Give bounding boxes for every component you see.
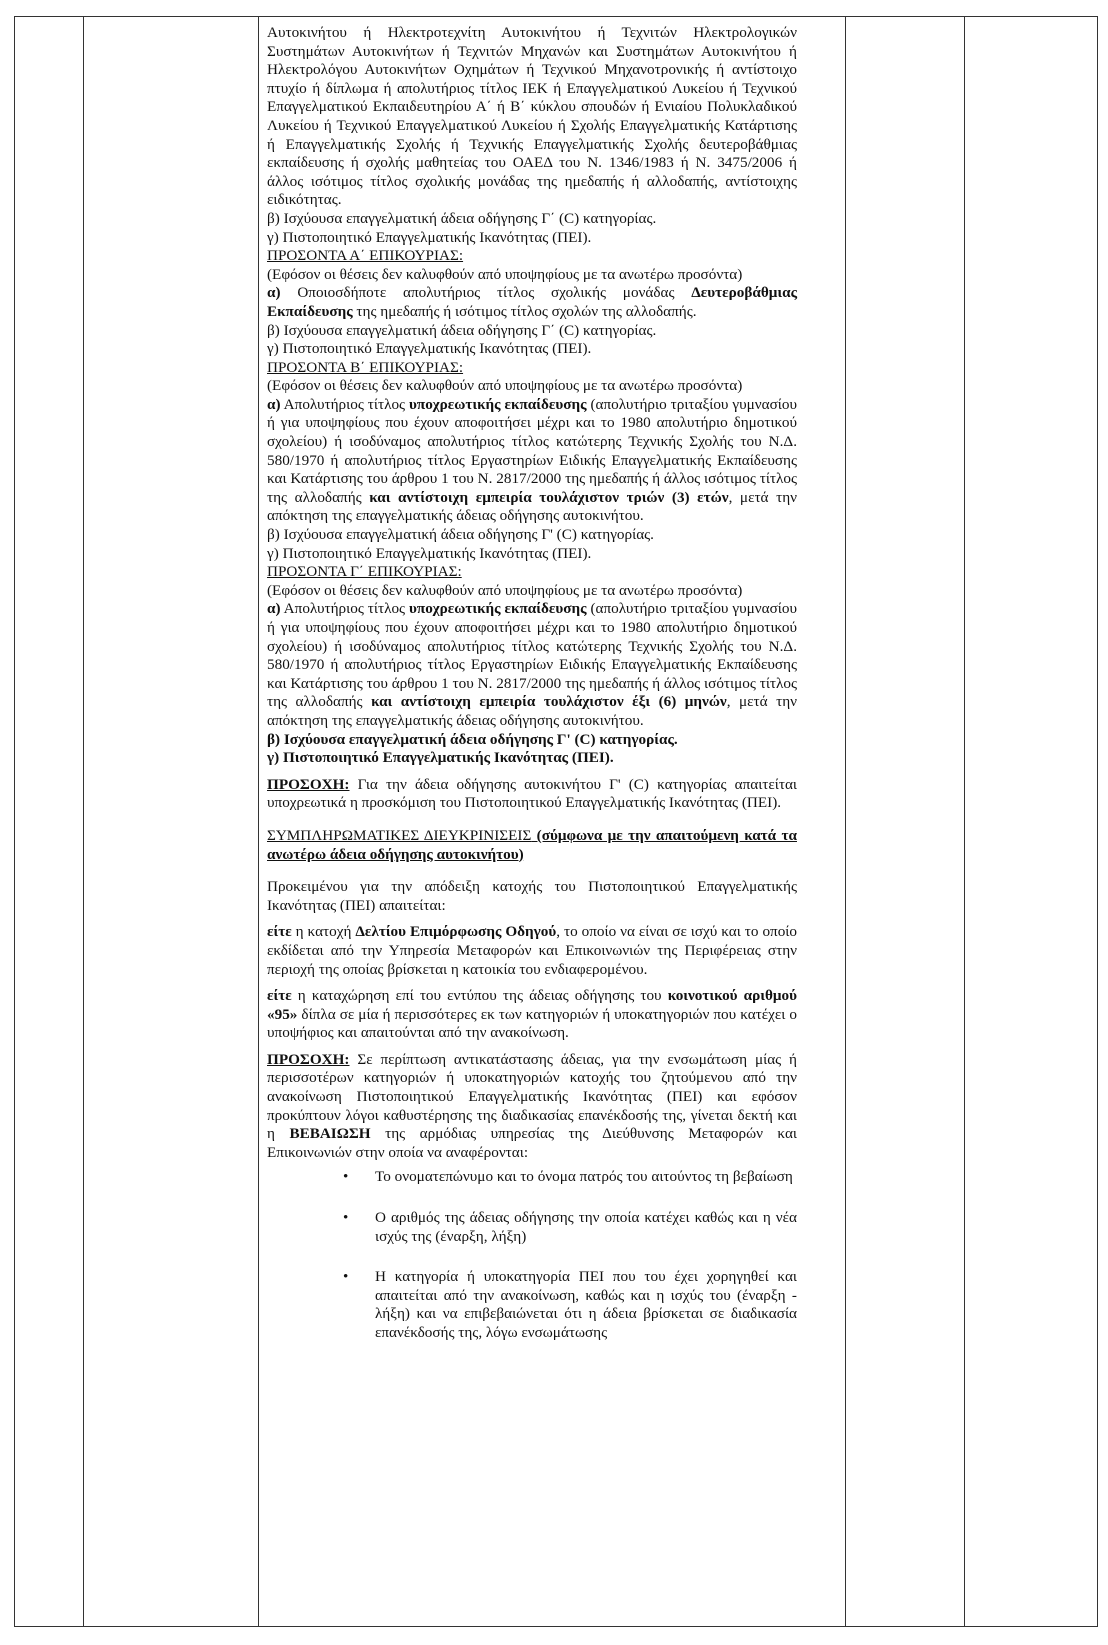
section-b-item-a: α) Απολυτήριος τίτλος υποχρεωτικής εκπαί… (267, 396, 797, 526)
section-a-heading: ΠΡΟΣΟΝΤΑ Α΄ ΕΠΙΚΟΥΡΙΑΣ: (267, 247, 797, 266)
item-text: της ημεδαπής ή ισότιμος τίτλος σχολών τη… (353, 303, 697, 320)
bullet-icon: • (343, 1168, 348, 1187)
item-prefix: α) (267, 396, 281, 413)
section-a-item-a: α) Οποιοσδήποτε απολυτήριος τίτλος σχολι… (267, 284, 797, 321)
item-prefix: α) (267, 600, 281, 617)
option-2: είτε η καταχώρηση επί του εντύπου της άδ… (267, 987, 797, 1043)
cell-empty-2 (84, 17, 259, 1627)
option-text: δίπλα σε μία ή περισσότερες εκ των κατηγ… (267, 1006, 797, 1042)
main-item-b: β) Ισχύουσα επαγγελματική άδεια οδήγησης… (267, 210, 797, 229)
item-bold: και αντίστοιχη εμπειρία τουλάχιστον έξι … (371, 693, 727, 710)
attention-label: ΠΡΟΣΟΧΗ: (267, 776, 350, 793)
table-row: Αυτοκινήτου ή Ηλεκτροτεχνίτη Αυτοκινήτου… (15, 17, 1098, 1627)
heading-text: ΣΥΜΠΛΗΡΩΜΑΤΙΚΕΣ ΔΙΕΥΚΡΙΝΙΣΕΙΣ (267, 827, 531, 844)
section-c-heading: ΠΡΟΣΟΝΤΑ Γ΄ ΕΠΙΚΟΥΡΙΑΣ: (267, 563, 797, 582)
attention-note-2: ΠΡΟΣΟΧΗ: Σε περίπτωση αντικατάστασης άδε… (267, 1051, 797, 1163)
item-text: Απολυτήριος τίτλος (281, 600, 410, 617)
cell-qualifications: Αυτοκινήτου ή Ηλεκτροτεχνίτη Αυτοκινήτου… (259, 17, 846, 1627)
item-prefix: α) (267, 284, 281, 301)
main-item-c: γ) Πιστοποιητικό Επαγγελματικής Ικανότητ… (267, 229, 797, 248)
pei-intro: Προκειμένου για την απόδειξη κατοχής του… (267, 878, 797, 915)
list-item-text: Η κατηγορία ή υποκατηγορία ΠΕΙ που του έ… (375, 1268, 797, 1341)
option-bold: Δελτίου Επιμόρφωσης Οδηγού (355, 923, 556, 940)
qualifications-text: Αυτοκινήτου ή Ηλεκτροτεχνίτη Αυτοκινήτου… (259, 17, 845, 1626)
attention-label: ΠΡΟΣΟΧΗ: (267, 1051, 350, 1068)
attention-note-1: ΠΡΟΣΟΧΗ: Για την άδεια οδήγησης αυτοκινή… (267, 776, 797, 813)
supplementary-heading: ΣΥΜΠΛΗΡΩΜΑΤΙΚΕΣ ΔΙΕΥΚΡΙΝΙΣΕΙΣ (σύμφωνα μ… (267, 827, 797, 864)
requirements-table: Αυτοκινήτου ή Ηλεκτροτεχνίτη Αυτοκινήτου… (14, 16, 1098, 1627)
intro-paragraph: Αυτοκινήτου ή Ηλεκτροτεχνίτη Αυτοκινήτου… (267, 24, 797, 210)
list-item: •Ο αριθμός της άδειας οδήγησης την οποία… (267, 1209, 797, 1246)
option-text: η καταχώρηση επί του εντύπου της άδειας … (292, 987, 668, 1004)
cell-empty-1 (15, 17, 84, 1627)
item-text: Απολυτήριος τίτλος (281, 396, 410, 413)
cell-empty-5 (965, 17, 1098, 1627)
bullet-icon: • (343, 1209, 348, 1228)
item-bold: και αντίστοιχη εμπειρία τουλάχιστον τριώ… (369, 489, 728, 506)
option-1: είτε η κατοχή Δελτίου Επιμόρφωσης Οδηγού… (267, 923, 797, 979)
list-item: •Το ονοματεπώνυμο και το όνομα πατρός το… (267, 1168, 797, 1187)
list-item-text: Ο αριθμός της άδειας οδήγησης την οποία … (375, 1209, 797, 1245)
attention-bold: ΒΕΒΑΙΩΣΗ (289, 1125, 370, 1142)
section-a-condition: (Εφόσον οι θέσεις δεν καλυφθούν από υποψ… (267, 266, 797, 285)
section-b-item-c: γ) Πιστοποιητικό Επαγγελματικής Ικανότητ… (267, 545, 797, 564)
section-c-condition: (Εφόσον οι θέσεις δεν καλυφθούν από υποψ… (267, 582, 797, 601)
item-bold: υποχρεωτικής εκπαίδευσης (409, 600, 586, 617)
section-c-item-b: β) Ισχύουσα επαγγελματική άδεια οδήγησης… (267, 731, 797, 750)
option-lead: είτε (267, 987, 292, 1004)
section-c-item-a: α) Απολυτήριος τίτλος υποχρεωτικής εκπαί… (267, 600, 797, 730)
list-item: •Η κατηγορία ή υποκατηγορία ΠΕΙ που του … (267, 1268, 797, 1342)
option-text: η κατοχή (292, 923, 356, 940)
certificate-requirements-list: •Το ονοματεπώνυμο και το όνομα πατρός το… (267, 1168, 797, 1342)
item-text: Οποιοσδήποτε απολυτήριος τίτλος σχολικής… (281, 284, 692, 301)
cell-empty-4 (846, 17, 965, 1627)
section-b-heading: ΠΡΟΣΟΝΤΑ Β΄ ΕΠΙΚΟΥΡΙΑΣ: (267, 359, 797, 378)
item-bold: υποχρεωτικής εκπαίδευσης (409, 396, 586, 413)
section-c-item-c: γ) Πιστοποιητικό Επαγγελματικής Ικανότητ… (267, 749, 797, 768)
section-a-item-b: β) Ισχύουσα επαγγελματική άδεια οδήγησης… (267, 322, 797, 341)
list-item-text: Το ονοματεπώνυμο και το όνομα πατρός του… (375, 1168, 793, 1185)
section-b-item-b: β) Ισχύουσα επαγγελματική άδεια οδήγησης… (267, 526, 797, 545)
section-b-condition: (Εφόσον οι θέσεις δεν καλυφθούν από υποψ… (267, 377, 797, 396)
option-lead: είτε (267, 923, 292, 940)
bullet-icon: • (343, 1268, 348, 1287)
section-a-item-c: γ) Πιστοποιητικό Επαγγελματικής Ικανότητ… (267, 340, 797, 359)
